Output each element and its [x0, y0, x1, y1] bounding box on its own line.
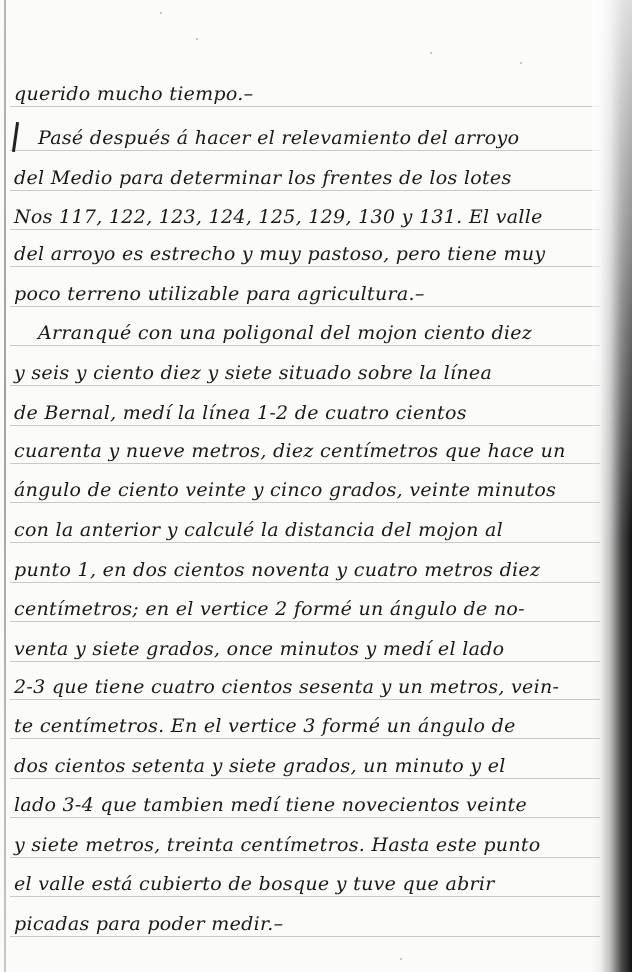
ruled-line [10, 266, 600, 267]
ruled-line [10, 542, 600, 543]
ruled-line [10, 896, 600, 897]
manuscript-line: el valle está cubierto de bosque y tuve … [14, 872, 614, 896]
scan-speck [196, 38, 198, 40]
manuscript-line: Arranqué con una poligonal del mojon cie… [38, 321, 632, 345]
scan-speck [520, 62, 522, 64]
manuscript-line: Nos 117, 122, 123, 124, 125, 129, 130 y … [14, 205, 614, 229]
ruled-line [10, 385, 600, 386]
manuscript-line: punto 1, en dos cientos noventa y cuatro… [14, 558, 614, 582]
ruled-line [10, 229, 600, 230]
ruled-line [10, 778, 600, 779]
ruled-line [10, 425, 600, 426]
paragraph-mark [12, 122, 19, 152]
page-left-edge [4, 0, 6, 972]
scan-speck [430, 52, 432, 54]
manuscript-line: querido mucho tiempo.– [14, 82, 614, 106]
ruled-line [10, 582, 600, 583]
ruled-line [10, 621, 600, 622]
manuscript-line: lado 3-4 que tambien medí tiene novecien… [14, 793, 614, 817]
manuscript-line: picadas para poder medir.– [14, 912, 614, 936]
manuscript-line: del arroyo es estrecho y muy pastoso, pe… [14, 242, 614, 266]
manuscript-line: venta y siete grados, once minutos y med… [14, 637, 614, 661]
ruled-line [10, 463, 600, 464]
ruled-line [10, 345, 600, 346]
ruled-line [10, 738, 600, 739]
ruled-line [10, 306, 600, 307]
binding-shadow-fade [592, 0, 632, 540]
ruled-line [10, 817, 600, 818]
manuscript-line: y seis y ciento diez y siete situado sob… [14, 361, 614, 385]
manuscript-line: ángulo de ciento veinte y cinco grados, … [14, 478, 614, 502]
ruled-line [10, 857, 600, 858]
manuscript-line: cuarenta y nueve metros, diez centímetro… [14, 439, 614, 463]
manuscript-line: dos cientos setenta y siete grados, un m… [14, 754, 614, 778]
manuscript-line: te centímetros. En el vertice 3 formé un… [14, 714, 614, 738]
ruled-line [10, 106, 600, 107]
manuscript-line: y siete metros, treinta centímetros. Has… [14, 833, 614, 857]
scan-speck [400, 958, 402, 960]
ruled-line [10, 190, 600, 191]
ruled-line [10, 936, 600, 937]
manuscript-line: con la anterior y calculé la distancia d… [14, 518, 614, 542]
ruled-line [10, 502, 600, 503]
manuscript-line: 2-3 que tiene cuatro cientos sesenta y u… [14, 675, 614, 699]
manuscript-line: de Bernal, medí la línea 1-2 de cuatro c… [14, 401, 614, 425]
manuscript-line: poco terreno utilizable para agricultura… [14, 282, 614, 306]
manuscript-page: querido mucho tiempo.– Pasé después á ha… [0, 0, 632, 972]
manuscript-line: del Medio para determinar los frentes de… [14, 166, 614, 190]
ruled-line [10, 699, 600, 700]
ruled-line [10, 150, 600, 151]
scan-speck [160, 12, 162, 14]
manuscript-line: Pasé después á hacer el relevamiento del… [38, 126, 632, 150]
ruled-line [10, 661, 600, 662]
manuscript-line: centímetros; en el vertice 2 formé un án… [14, 597, 614, 621]
